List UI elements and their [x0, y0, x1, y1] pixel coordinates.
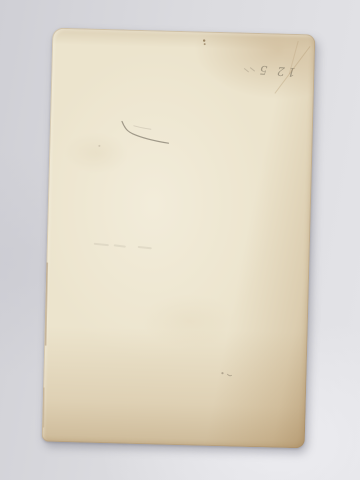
crease-line — [289, 41, 298, 74]
edge-streak — [45, 263, 48, 346]
lower-speck-squiggle — [227, 374, 231, 375]
photo-card-back: 12 5 — [42, 28, 316, 449]
lower-speck — [221, 372, 223, 374]
inscription-tick — [244, 68, 254, 72]
small-dot — [98, 145, 100, 147]
edge-streak — [43, 388, 45, 428]
top-speck — [203, 39, 205, 41]
faint-smudge — [95, 244, 151, 248]
top-speck — [204, 43, 206, 45]
pencil-marks — [42, 28, 316, 449]
crease-line — [275, 45, 310, 94]
pencil-scribble — [121, 121, 169, 143]
photo-backdrop: 12 5 — [0, 0, 360, 480]
pencil-scribble-faint-tail — [134, 126, 151, 129]
